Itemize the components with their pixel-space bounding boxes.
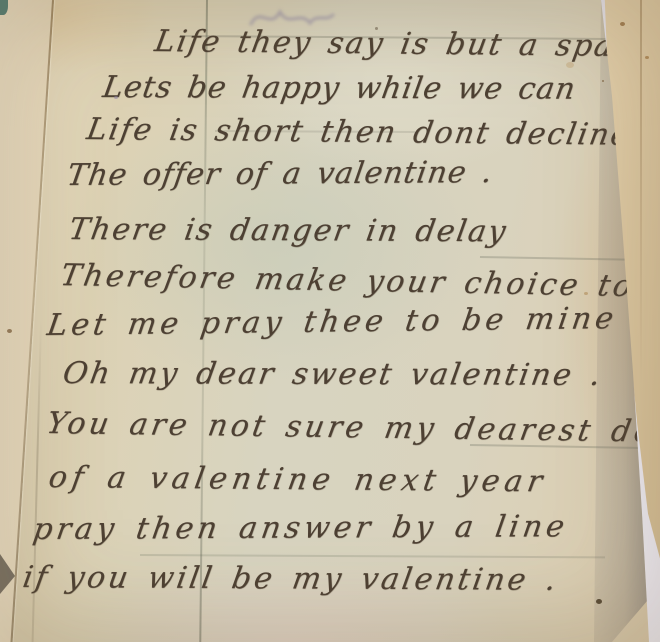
- poem-line-6: Therefore make your choice to day: [58, 258, 660, 306]
- poem-line-11: pray then answer by a line: [31, 509, 571, 547]
- photo-of-handwritten-letter: Life they say is but a span Lets be happ…: [0, 0, 660, 642]
- foxing-spot: [645, 56, 649, 59]
- foxing-spot: [7, 329, 12, 333]
- foxing-spot: [584, 292, 588, 295]
- letter-page: Life they say is but a span Lets be happ…: [0, 0, 660, 642]
- foxing-spot: [620, 22, 625, 26]
- poem-line-4: The offer of a valentine .: [65, 155, 496, 193]
- ink-spot: [596, 599, 602, 604]
- poem-line-5: There is danger in delay: [66, 212, 510, 249]
- poem-line-7: Let me pray thee to be mine: [45, 301, 620, 343]
- poem-line-3: Life is short then dont decline: [84, 112, 633, 153]
- poem-line-8: Oh my dear sweet valentine .: [60, 356, 605, 393]
- ink-fleck: [114, 96, 118, 99]
- fragment-crease-line: [640, 0, 642, 385]
- foxing-spot: [375, 27, 378, 30]
- foxing-stain: [566, 62, 574, 68]
- poem-line-2: Lets be happy while we can: [100, 70, 578, 107]
- poem-line-9: You are not sure my dearest dear: [44, 406, 660, 450]
- poem-line-12: if you will be my valentine .: [20, 560, 561, 598]
- poem-line-1: Life they say is but a span: [152, 24, 638, 64]
- poem-line-10: of a valentine next year: [46, 460, 550, 499]
- foxing-spot: [602, 80, 604, 82]
- pencil-guide-line: [140, 554, 605, 558]
